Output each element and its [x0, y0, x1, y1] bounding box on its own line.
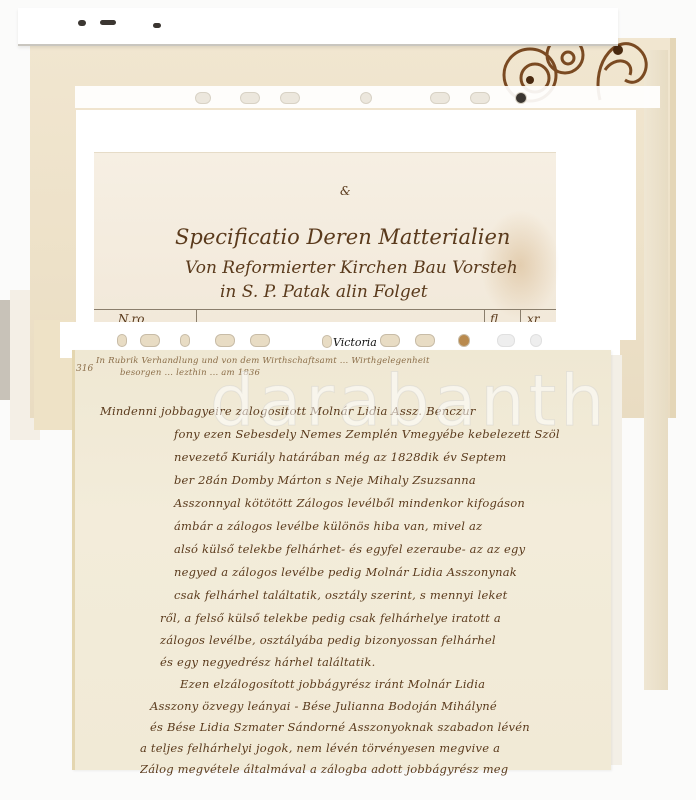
punch-hole [415, 334, 435, 347]
punch-hole [530, 334, 542, 347]
text-line: és egy negyedrész hárhel találtatik. [160, 655, 375, 669]
table-rule [94, 309, 556, 310]
sleeve-brand-label: Victoria [333, 336, 377, 349]
watermark: darabanth [210, 360, 609, 442]
punch-hole [140, 334, 160, 347]
punch-hole [470, 92, 490, 104]
punch-hole [515, 92, 527, 104]
punch-hole [250, 334, 270, 347]
text-line: nevezető Kuriály határában még az 1828di… [174, 450, 506, 464]
text-line: és Bése Lidia Szmater Sándorné Asszonyok… [150, 720, 530, 734]
text-line: alsó külső telekbe felhárhet- és egyfel … [174, 542, 525, 556]
plastic-sleeve [18, 8, 618, 46]
spec-title-line: Specificatio Deren Matterialien [175, 225, 510, 249]
text-line: ről, a felső külső telekbe pedig csak fe… [160, 611, 501, 625]
text-line: ber 28án Domby Márton s Neje Mihaly Zsuz… [174, 473, 476, 487]
sleeve-edge [0, 300, 10, 400]
text-line: csak felhárhel találtatik, osztály szeri… [174, 588, 507, 602]
punch-hole [360, 92, 372, 104]
punch-hole [195, 92, 211, 104]
ornament: & [340, 184, 351, 198]
text-line: Zálog megvétele általmával a zálogba ado… [140, 762, 508, 776]
punch-hole [458, 334, 470, 347]
margin-note: 316 [76, 364, 93, 374]
punch-hole [322, 335, 332, 348]
text-line: zálogos levélbe, osztályába pedig bizony… [160, 633, 496, 647]
punch-hole [497, 334, 515, 347]
plastic-sleeve [75, 86, 660, 108]
punch-hole [380, 334, 400, 347]
punch-hole [180, 334, 190, 347]
text-line: Asszonnyal kötötött Zálogos levélből min… [174, 496, 525, 510]
punch-hole [117, 334, 127, 347]
punch-hole [240, 92, 260, 104]
text-line: ámbár a zálogos levélbe különös hiba van… [174, 519, 482, 533]
punch-hole [215, 334, 235, 347]
back-document-edge [644, 50, 668, 690]
text-line: Asszony özvegy leányai - Bése Julianna B… [150, 699, 497, 713]
punch-hole [78, 20, 86, 26]
punch-hole [430, 92, 450, 104]
text-line: negyed a zálogos levélbe pedig Molnár Li… [174, 565, 517, 579]
spec-title-line: in S. P. Patak alin Folget [220, 282, 428, 302]
punch-hole [280, 92, 300, 104]
spec-title-line: Von Reformierter Kirchen Bau Vorsteh [185, 258, 518, 278]
punch-hole [153, 23, 161, 28]
text-line: Ezen elzálogosított jobbágyrész iránt Mo… [180, 677, 485, 691]
punch-hole [100, 20, 116, 25]
text-line: a teljes felhárhelyi jogok, nem lévén tö… [140, 741, 500, 755]
